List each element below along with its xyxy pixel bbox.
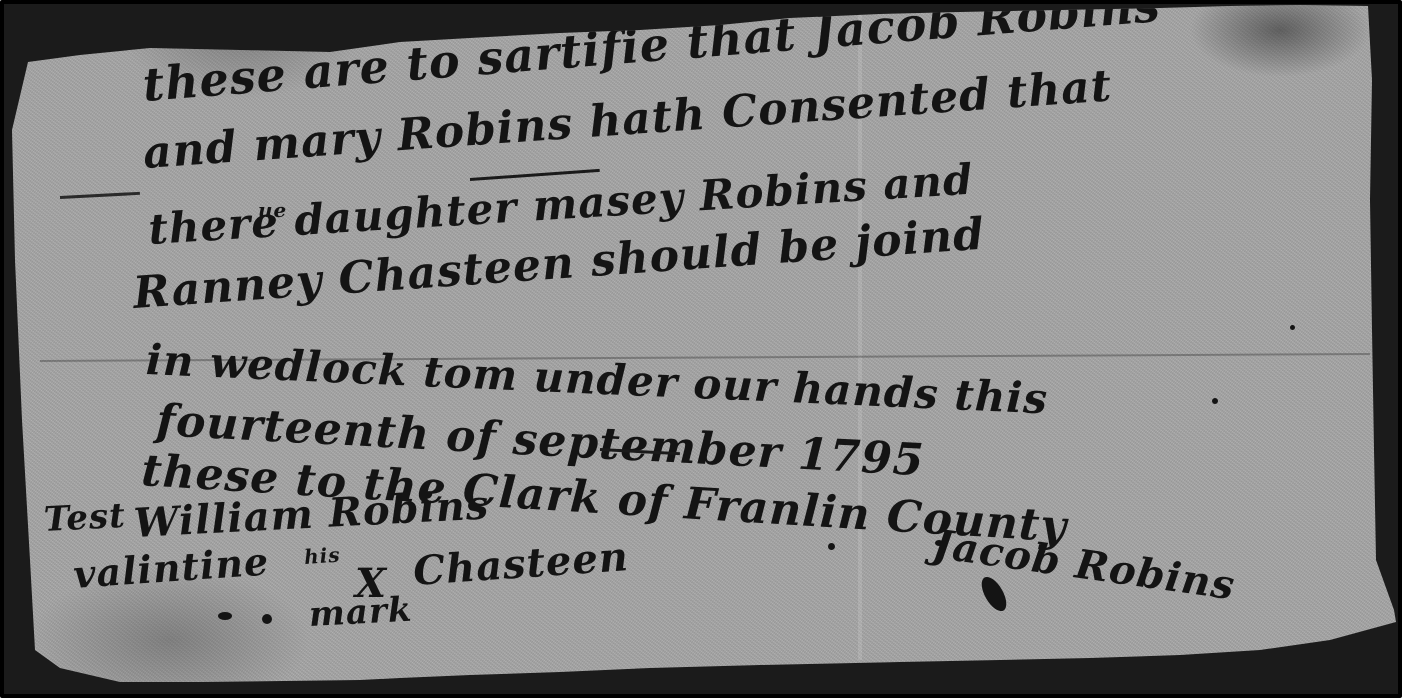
- ink-blot: [262, 614, 272, 624]
- ink-blot: [935, 540, 943, 546]
- signer-last-name: Chasteen: [412, 533, 631, 595]
- document-paper: these are to sartifie that Jacob Robins …: [0, 0, 1402, 698]
- ink-blot: [1212, 398, 1218, 404]
- ink-blot: [1290, 325, 1295, 330]
- witness-label: Test: [43, 496, 127, 540]
- ink-blot: [977, 573, 1012, 615]
- ink-blot: [828, 543, 835, 550]
- jacob-robins-signature: Jacob Robins: [930, 520, 1238, 609]
- signer-his: his: [303, 543, 341, 569]
- ink-blot: [218, 612, 232, 620]
- ink-dash: [60, 192, 140, 199]
- signer-first-name: valintine: [72, 538, 271, 597]
- signer-mark-label: mark: [308, 590, 413, 635]
